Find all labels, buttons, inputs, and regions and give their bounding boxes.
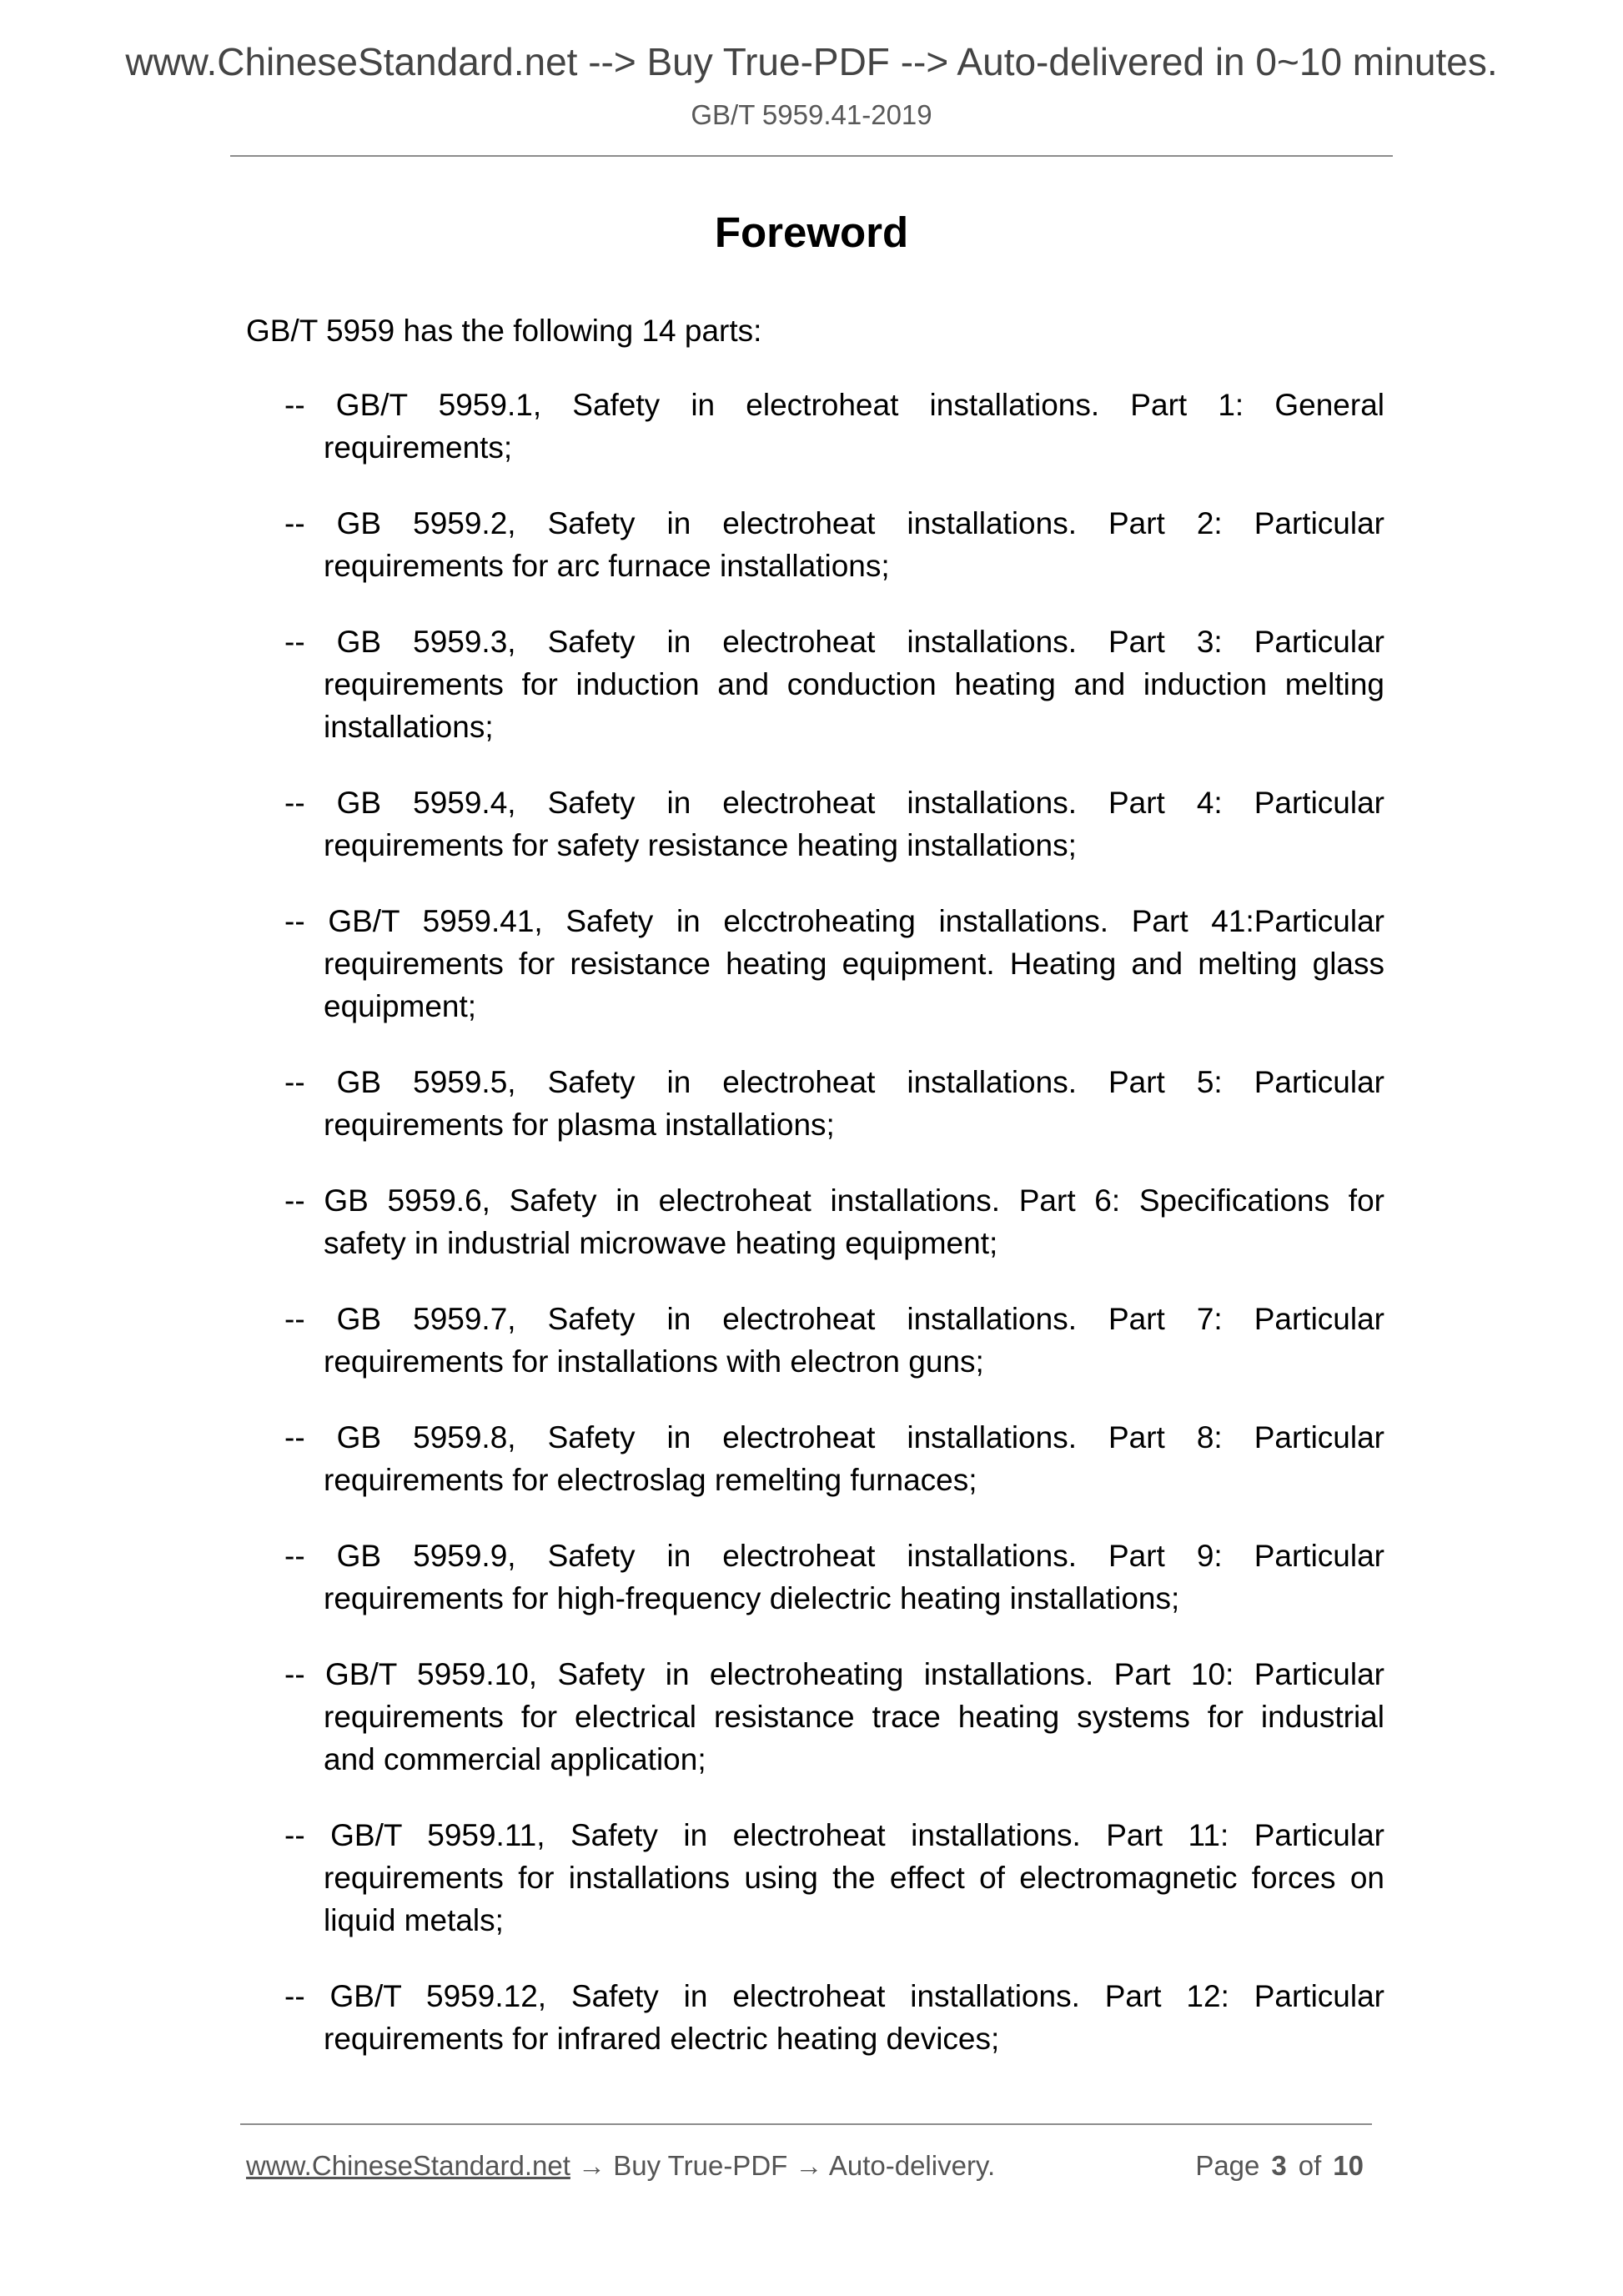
list-item-line: requirements for installations using the…	[284, 1856, 1384, 1899]
list-item-line: liquid metals;	[284, 1899, 1384, 1942]
list-item-line: and commercial application;	[284, 1738, 1384, 1781]
list-item-line-first: -- GB/T 5959.1, Safety in electroheat in…	[284, 384, 1384, 426]
page-total: 10	[1333, 2150, 1364, 2181]
list-item: -- GB/T 5959.41, Safety in elcctroheatin…	[284, 900, 1384, 1027]
intro-paragraph: GB/T 5959 has the following 14 parts:	[246, 309, 1384, 352]
list-item-line: equipment;	[284, 985, 1384, 1027]
arrow-right-icon: →	[795, 2150, 822, 2181]
list-item: -- GB/T 5959.11, Safety in electroheat i…	[284, 1814, 1384, 1942]
list-item-line-first: -- GB 5959.9, Safety in electroheat inst…	[284, 1535, 1384, 1577]
list-item: -- GB 5959.6, Safety in electroheat inst…	[284, 1179, 1384, 1264]
list-item-line: safety in industrial microwave heating e…	[284, 1222, 1384, 1264]
delivery-text: Auto-delivery.	[829, 2150, 995, 2181]
list-item-line: requirements for electroslag remelting f…	[284, 1459, 1384, 1501]
list-item-line: requirements for arc furnace installatio…	[284, 545, 1384, 587]
list-item-line: requirements for electrical resistance t…	[284, 1696, 1384, 1738]
buy-text: Buy True-PDF	[613, 2150, 787, 2181]
list-item-line: requirements for plasma installations;	[284, 1103, 1384, 1146]
arrow-right-icon: →	[578, 2150, 605, 2181]
list-item: -- GB 5959.4, Safety in electroheat inst…	[284, 781, 1384, 867]
list-item: -- GB 5959.3, Safety in electroheat inst…	[284, 620, 1384, 748]
list-item-line-first: -- GB 5959.2, Safety in electroheat inst…	[284, 502, 1384, 545]
list-item-line: requirements for infrared electric heati…	[284, 2017, 1384, 2060]
list-item-line-first: -- GB/T 5959.12, Safety in electroheat i…	[284, 1975, 1384, 2017]
list-item-line-first: -- GB 5959.6, Safety in electroheat inst…	[284, 1179, 1384, 1222]
list-item-line-first: -- GB 5959.8, Safety in electroheat inst…	[284, 1416, 1384, 1459]
list-item-line-first: -- GB 5959.4, Safety in electroheat inst…	[284, 781, 1384, 824]
standard-code: GB/T 5959.41-2019	[0, 97, 1623, 133]
footer-divider	[240, 2123, 1372, 2125]
page-current: 3	[1271, 2150, 1286, 2181]
list-item: -- GB 5959.9, Safety in electroheat inst…	[284, 1535, 1384, 1620]
list-item: -- GB 5959.7, Safety in electroheat inst…	[284, 1298, 1384, 1383]
page-of: of	[1299, 2150, 1322, 2181]
list-item: -- GB 5959.8, Safety in electroheat inst…	[284, 1416, 1384, 1501]
list-item-line: requirements for installations with elec…	[284, 1340, 1384, 1383]
list-item-line: installations;	[284, 706, 1384, 748]
list-item-line: requirements for resistance heating equi…	[284, 942, 1384, 985]
page-indicator: Page3of10	[1195, 2149, 1364, 2183]
list-item: -- GB 5959.2, Safety in electroheat inst…	[284, 502, 1384, 587]
list-item: -- GB 5959.5, Safety in electroheat inst…	[284, 1061, 1384, 1146]
list-item-line-first: -- GB 5959.3, Safety in electroheat inst…	[284, 620, 1384, 663]
list-item: -- GB/T 5959.10, Safety in electroheatin…	[284, 1653, 1384, 1781]
footer-promo: www.ChineseStandard.net → Buy True-PDF →…	[246, 2149, 995, 2183]
list-item-line: requirements for safety resistance heati…	[284, 824, 1384, 867]
list-item: -- GB/T 5959.1, Safety in electroheat in…	[284, 384, 1384, 469]
list-item-line-first: -- GB 5959.7, Safety in electroheat inst…	[284, 1298, 1384, 1340]
list-item-line: requirements;	[284, 426, 1384, 469]
list-item: -- GB/T 5959.12, Safety in electroheat i…	[284, 1975, 1384, 2060]
page-label: Page	[1195, 2150, 1259, 2181]
page-title: Foreword	[0, 206, 1623, 259]
foreword-body: GB/T 5959 has the following 14 parts: --…	[246, 309, 1384, 2060]
header-divider	[230, 155, 1393, 157]
list-item-line-first: -- GB/T 5959.11, Safety in electroheat i…	[284, 1814, 1384, 1856]
list-item-line: requirements for high-frequency dielectr…	[284, 1577, 1384, 1620]
parts-list: -- GB/T 5959.1, Safety in electroheat in…	[246, 384, 1384, 2060]
header-banner: www.ChineseStandard.net --> Buy True-PDF…	[0, 37, 1623, 87]
website-link[interactable]: www.ChineseStandard.net	[246, 2150, 570, 2181]
list-item-line-first: -- GB 5959.5, Safety in electroheat inst…	[284, 1061, 1384, 1103]
list-item-line: requirements for induction and conductio…	[284, 663, 1384, 706]
list-item-line-first: -- GB/T 5959.10, Safety in electroheatin…	[284, 1653, 1384, 1696]
list-item-line-first: -- GB/T 5959.41, Safety in elcctroheatin…	[284, 900, 1384, 942]
